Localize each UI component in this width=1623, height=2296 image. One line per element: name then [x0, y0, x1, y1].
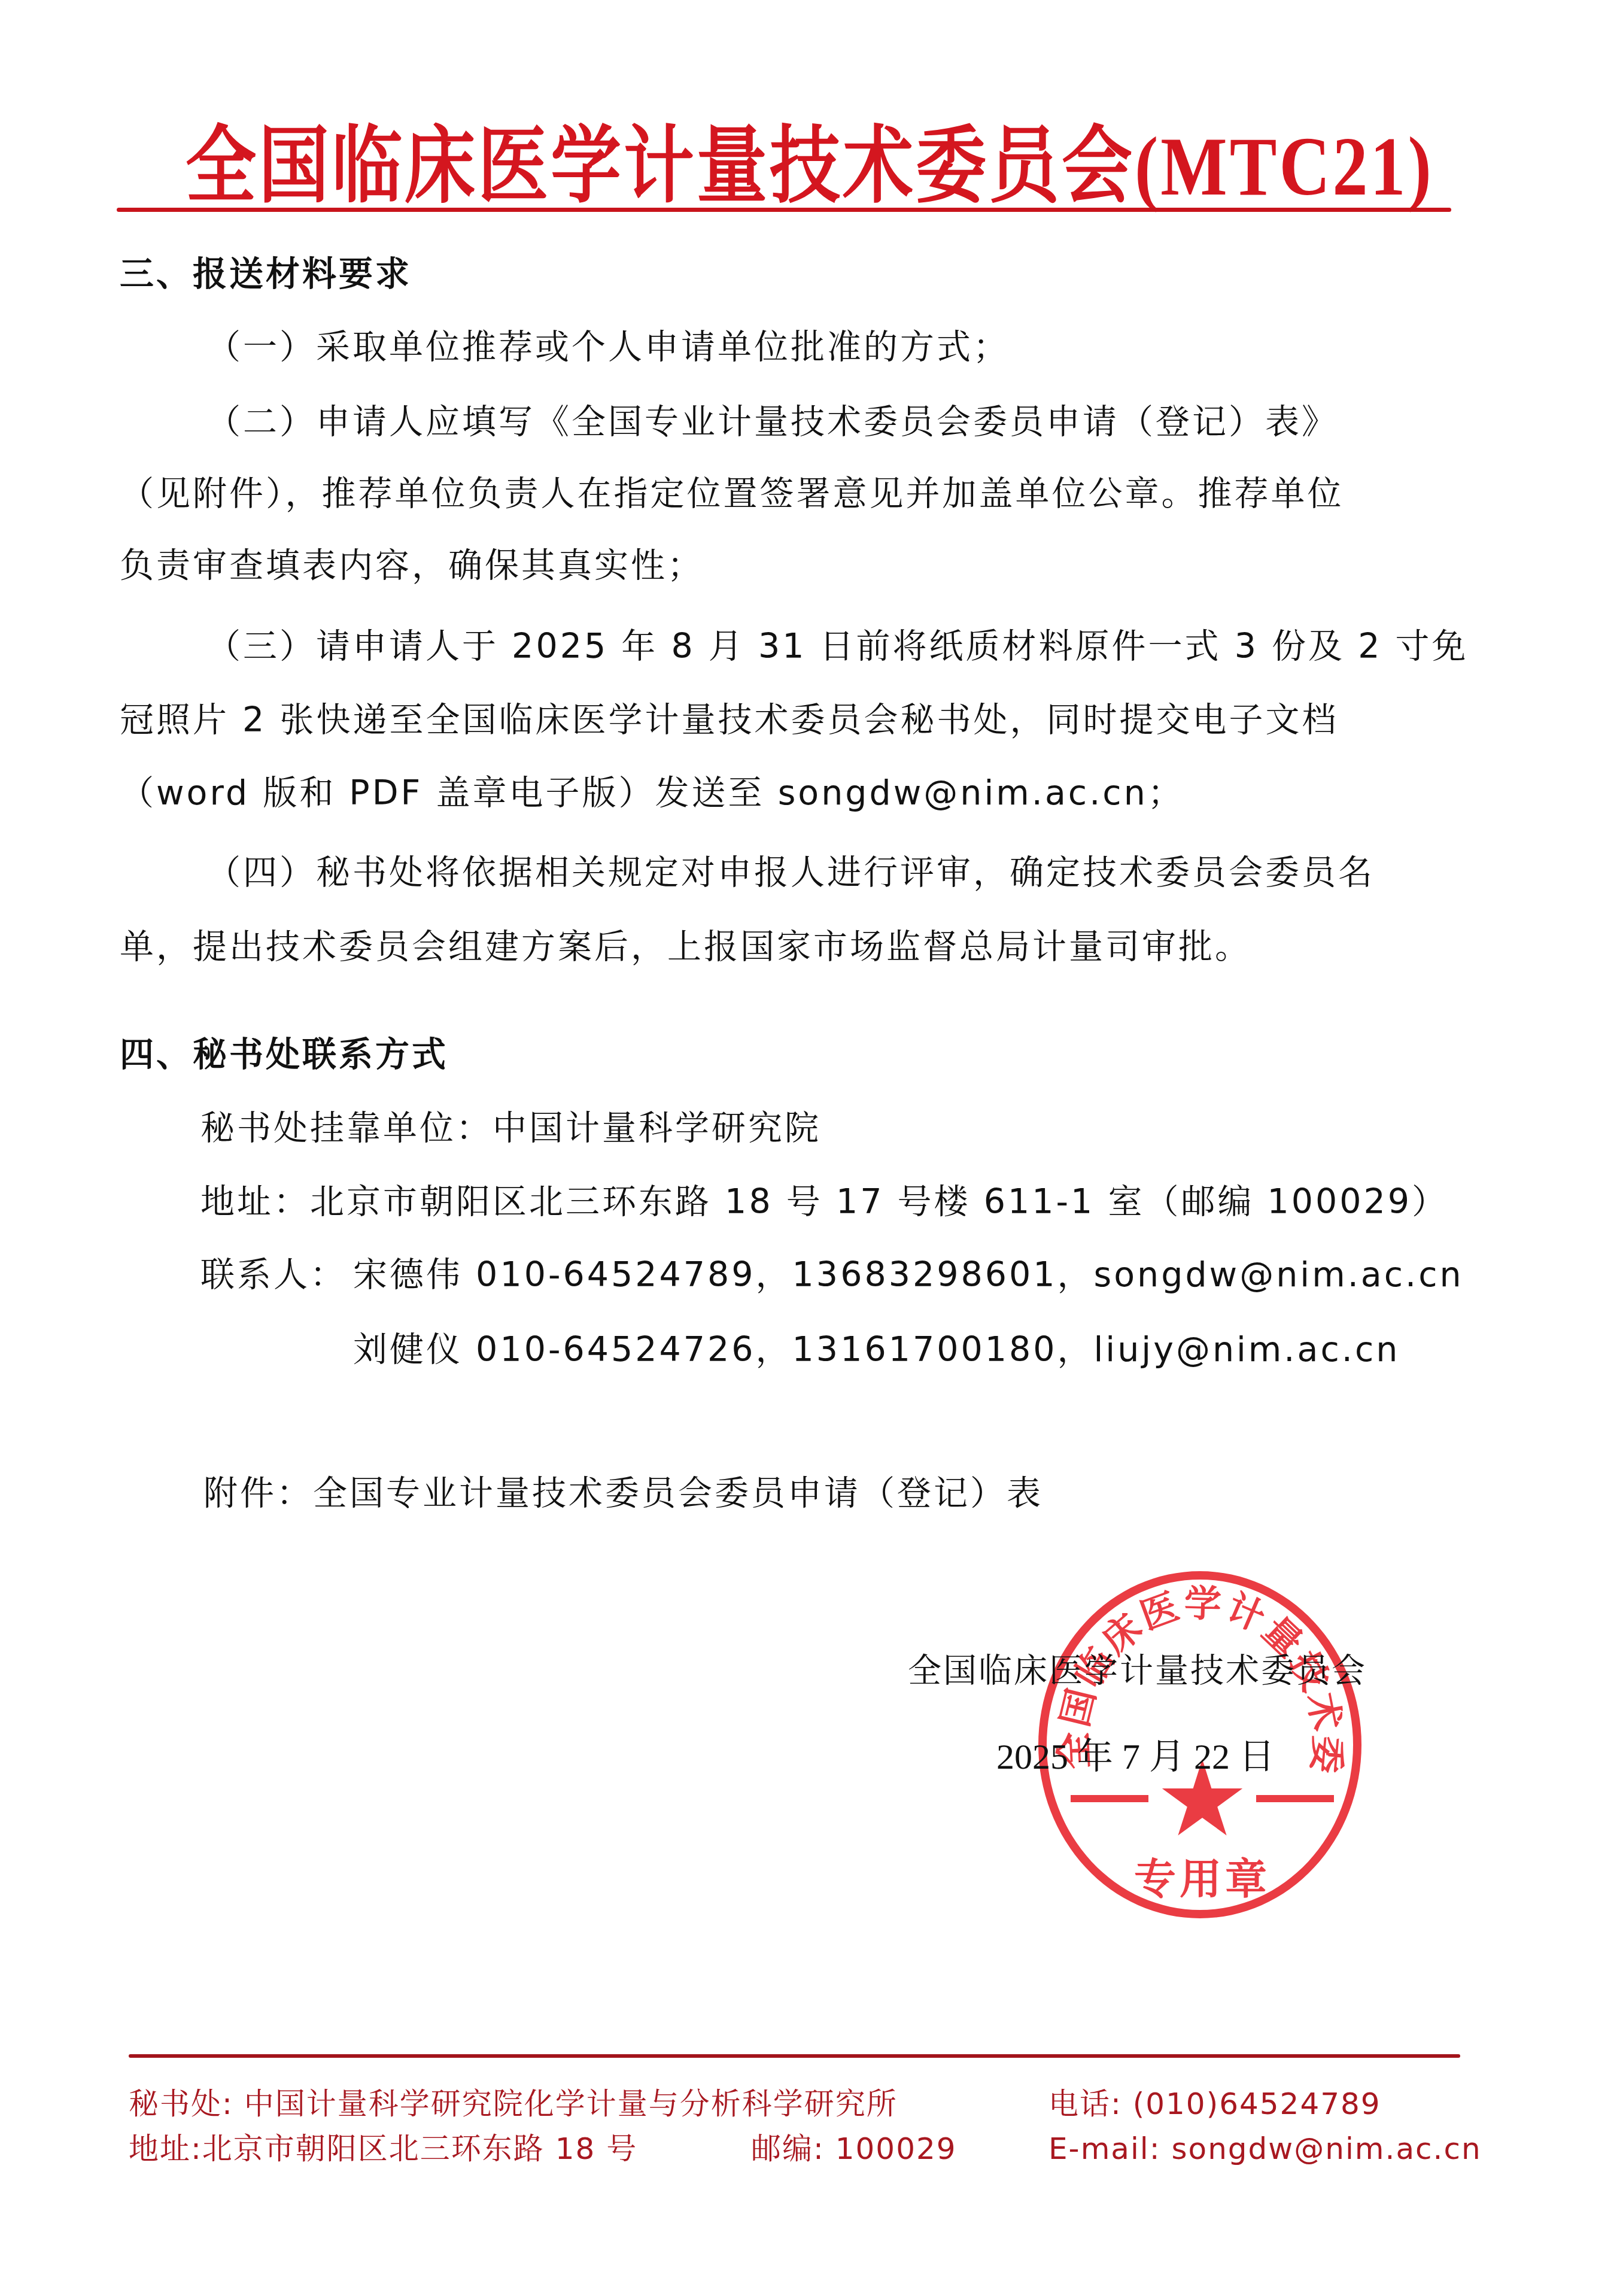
- contact-song: 宋德伟 010-64524789，13683298601，songdw@nim.…: [353, 1251, 1464, 1299]
- section3-item-4-line1: （四）秘书处将依据相关规定对申报人进行评审，确定技术委员会委员名: [206, 849, 1375, 897]
- host-unit: 秘书处挂靠单位：中国计量科学研究院: [200, 1104, 821, 1152]
- footer-email: E-mail: songdw@nim.ac.cn: [1048, 2128, 1482, 2170]
- contacts-label: 联系人：: [200, 1251, 347, 1299]
- seal-bottom-text: 专用章: [1119, 1846, 1286, 1906]
- section3-item-3-line2: 冠照片 2 张快递至全国临床医学计量技术委员会秘书处，同时提交电子文档: [120, 696, 1339, 744]
- letterhead-title-cn: 全国临床医学计量技术委员会: [186, 117, 1135, 214]
- section4-heading: 四、秘书处联系方式: [120, 1031, 448, 1079]
- section3-item-2-line1: （二）申请人应填写《全国专业计量技术委员会委员申请（登记）表》: [206, 398, 1338, 446]
- footer-secretariat: 秘书处: 中国计量科学研究院化学计量与分析科学研究所: [129, 2083, 898, 2125]
- letterhead-title-code: (MTC21): [1135, 120, 1434, 213]
- section3-item-3-line3: （word 版和 PDF 盖章电子版）发送至 songdw@nim.ac.cn；: [120, 769, 1184, 817]
- footer-address: 地址:北京市朝阳区北三环东路 18 号: [129, 2128, 637, 2170]
- section3-item-3-line1: （三）请申请人于 2025 年 8 月 31 日前将纸质材料原件一式 3 份及 …: [206, 622, 1469, 670]
- section3-heading: 三、报送材料要求: [120, 250, 412, 298]
- section3-item-1: （一）采取单位推荐或个人申请单位批准的方式；: [206, 323, 1010, 371]
- letterhead-divider: [117, 208, 1451, 212]
- section3-item-2-line2: （见附件），推荐单位负责人在指定位置签署意见并加盖单位公章。推荐单位: [120, 470, 1344, 518]
- address: 地址：北京市朝阳区北三环东路 18 号 17 号楼 611-1 室（邮编 100…: [200, 1178, 1448, 1226]
- contact-liu: 刘健仪 010-64524726，13161700180，liujy@nim.a…: [353, 1326, 1400, 1374]
- section3-item-4-line2: 单，提出技术委员会组建方案后，上报国家市场监督总局计量司审批。: [120, 923, 1251, 971]
- signature-org: 全国临床医学计量技术委员会: [908, 1647, 1367, 1695]
- seal-bar-left: [1071, 1795, 1148, 1802]
- attachment-note: 附件：全国专业计量技术委员会委员申请（登记）表: [203, 1469, 1043, 1517]
- section3-item-2-line3: 负责审查填表内容，确保其真实性；: [120, 542, 704, 590]
- signature-date: 2025 年 7 月 22 日: [996, 1733, 1275, 1781]
- footer-postcode: 邮编: 100029: [751, 2128, 957, 2170]
- footer-divider: [129, 2054, 1460, 2058]
- footer-phone: 电话: (010)64524789: [1048, 2083, 1381, 2125]
- seal-bar-right: [1256, 1795, 1334, 1802]
